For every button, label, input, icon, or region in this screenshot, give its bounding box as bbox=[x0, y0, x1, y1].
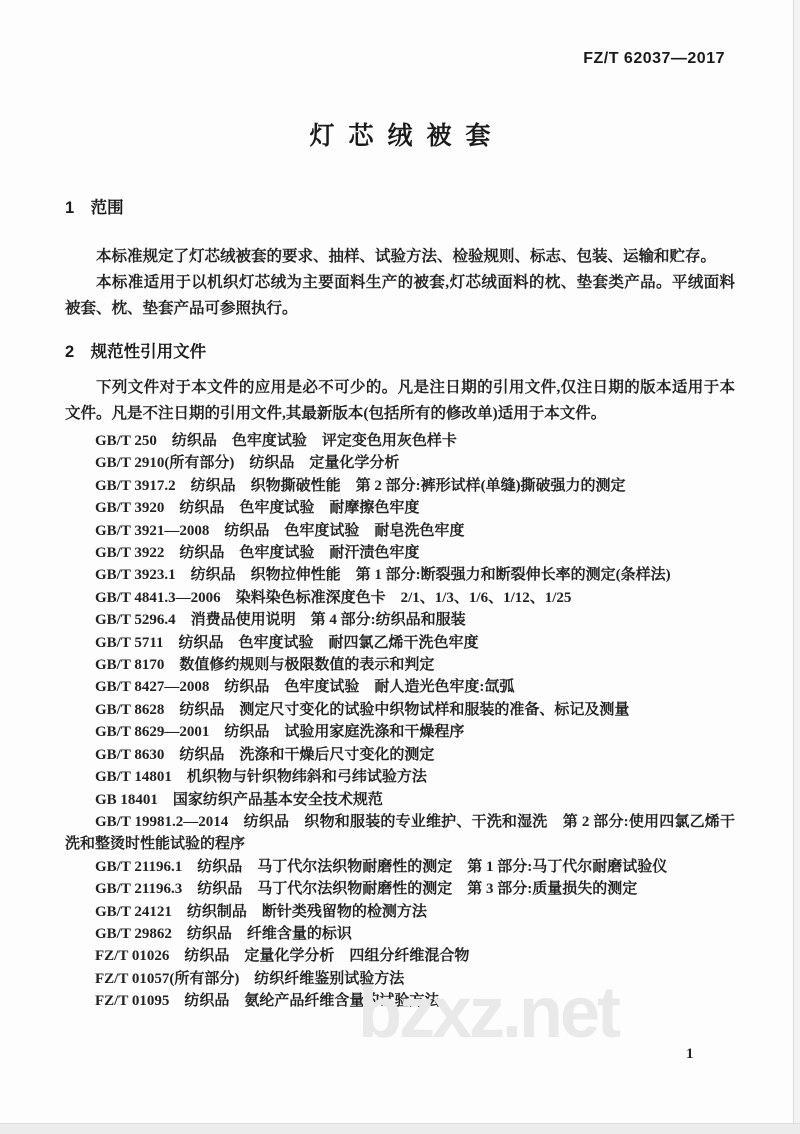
reference-item: GB/T 8630 纺织品 洗涤和干燥后尺寸变化的测定 bbox=[65, 744, 735, 766]
standard-code-header: FZ/T 62037—2017 bbox=[65, 50, 735, 68]
scan-bottom-edge bbox=[0, 1123, 800, 1134]
reference-item: GB/T 21196.1 纺织品 马丁代尔法织物耐磨性的测定 第 1 部分:马丁… bbox=[65, 856, 735, 878]
reference-item: GB/T 19981.2—2014 纺织品 织物和服装的专业维护、干洗和湿洗 第… bbox=[65, 811, 735, 856]
scope-paragraph-1: 本标准规定了灯芯绒被套的要求、抽样、试验方法、检验规则、标志、包装、运输和贮存。 bbox=[65, 244, 735, 270]
reference-item: GB/T 5296.4 消费品使用说明 第 4 部分:纺织品和服装 bbox=[65, 609, 735, 631]
reference-item: GB/T 3922 纺织品 色牢度试验 耐汗渍色牢度 bbox=[65, 542, 735, 564]
section-heading-scope: 1 范围 bbox=[65, 194, 735, 218]
reference-item: GB/T 8427—2008 纺织品 色牢度试验 耐人造光色牢度:氙弧 bbox=[65, 676, 735, 698]
reference-item: GB/T 21196.3 纺织品 马丁代尔法织物耐磨性的测定 第 3 部分:质量… bbox=[65, 878, 735, 900]
reference-item: GB/T 3917.2 纺织品 织物撕破性能 第 2 部分:裤形试样(单缝)撕破… bbox=[65, 475, 735, 497]
reference-item: FZ/T 01026 纺织品 定量化学分析 四组分纤维混合物 bbox=[65, 945, 735, 967]
scan-right-edge-line bbox=[793, 0, 794, 1128]
reference-item: GB/T 8629—2001 纺织品 试验用家庭洗涤和干燥程序 bbox=[65, 721, 735, 743]
reference-item: GB/T 24121 纺织制品 断针类残留物的检测方法 bbox=[65, 901, 735, 923]
reference-item: GB/T 29862 纺织品 纤维含量的标识 bbox=[65, 923, 735, 945]
scope-paragraphs: 本标准规定了灯芯绒被套的要求、抽样、试验方法、检验规则、标志、包装、运输和贮存。… bbox=[65, 244, 735, 322]
references-intro-group: 下列文件对于本文件的应用是必不可少的。凡是注日期的引用文件,仅注日期的版本适用于… bbox=[65, 375, 735, 427]
reference-item: GB/T 14801 机织物与针织物纬斜和弓纬试验方法 bbox=[65, 766, 735, 788]
reference-item: GB/T 3920 纺织品 色牢度试验 耐摩擦色牢度 bbox=[65, 497, 735, 519]
reference-item: GB/T 250 纺织品 色牢度试验 评定变色用灰色样卡 bbox=[65, 430, 735, 452]
reference-item: GB/T 4841.3—2006 染料染色标准深度色卡 2/1、1/3、1/6、… bbox=[65, 587, 735, 609]
watermark-text: bzxz.net bbox=[358, 972, 618, 1054]
scanned-standard-page: FZ/T 62037—2017 灯芯绒被套 1 范围 本标准规定了灯芯绒被套的要… bbox=[0, 0, 800, 1134]
reference-item: GB 18401 国家纺织产品基本安全技术规范 bbox=[65, 789, 735, 811]
reference-item: GB/T 3921—2008 纺织品 色牢度试验 耐皂洗色牢度 bbox=[65, 520, 735, 542]
section-heading-normative-references: 2 规范性引用文件 bbox=[65, 338, 735, 362]
reference-item: GB/T 2910(所有部分) 纺织品 定量化学分析 bbox=[65, 452, 735, 474]
page-content: FZ/T 62037—2017 灯芯绒被套 1 范围 本标准规定了灯芯绒被套的要… bbox=[65, 0, 735, 1013]
document-title: 灯芯绒被套 bbox=[65, 116, 735, 152]
references-intro-paragraph: 下列文件对于本文件的应用是必不可少的。凡是注日期的引用文件,仅注日期的版本适用于… bbox=[65, 375, 735, 427]
page-number: 1 bbox=[686, 1046, 694, 1063]
reference-item: GB/T 8170 数值修约规则与极限数值的表示和判定 bbox=[65, 654, 735, 676]
scope-paragraph-2: 本标准适用于以机织灯芯绒为主要面料生产的被套,灯芯绒面料的枕、垫套类产品。平绒面… bbox=[65, 270, 735, 322]
reference-item: GB/T 8628 纺织品 测定尺寸变化的试验中织物试样和服装的准备、标记及测量 bbox=[65, 699, 735, 721]
normative-reference-list: GB/T 250 纺织品 色牢度试验 评定变色用灰色样卡GB/T 2910(所有… bbox=[65, 430, 735, 1013]
reference-item: GB/T 3923.1 纺织品 织物拉伸性能 第 1 部分:断裂强力和断裂伸长率… bbox=[65, 564, 735, 586]
scan-right-shade bbox=[794, 0, 800, 1134]
reference-item: GB/T 5711 纺织品 色牢度试验 耐四氯乙烯干洗色牢度 bbox=[65, 632, 735, 654]
